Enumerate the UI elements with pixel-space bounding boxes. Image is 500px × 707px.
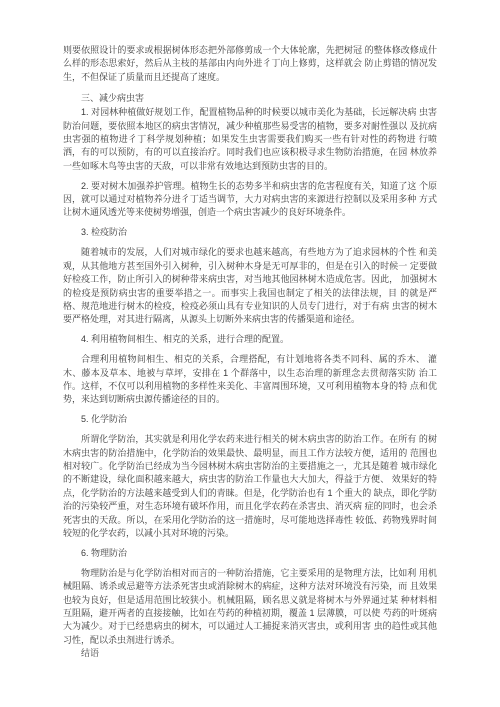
document-page: 则要依照设计的要求或根据树体形态把外部修剪成一个大体轮廓，先把树冠 的整体修改修… [0,0,500,707]
continued-paragraph: 则要依照设计的要求或根据树体形态把外部修剪成一个大体轮廓，先把树冠 的整体修改修… [63,44,437,84]
list-item-1-paragraph: 1. 对园林种植做好规划工作，配置植物品种的时候要以城市美化为基础，长远解决病 … [63,106,437,173]
physical-control-paragraph: 物理防治是与化学防治相对而言的一种防治措施，它主要采用的是物理方法，比如利 用机… [63,567,437,647]
subheading-quarantine: 3. 检疫防治 [63,226,437,239]
quarantine-paragraph: 随着城市的发展，人们对城市绿化的要求也越来越高，有些地方为了追求园林的个性 和美… [63,246,437,326]
chemical-control-paragraph: 所谓化学防治，其实就是利用化学农药来进行相关的树木病虫害的防治工作。在所有 的树… [63,433,437,540]
section-heading: 三、减少病虫害 [63,92,437,105]
list-item-2-paragraph: 2. 要对树木加强养护管理。植物生长的态势多半和病虫害的危害程度有关，知道了这 … [63,180,437,220]
subheading-chemical: 5. 化学防治 [63,413,437,426]
conclusion-heading: 结语 [63,647,437,660]
list-item-4-line: 4. 利用植物间相生、相克的关系，进行合理的配置。 [63,333,437,346]
subheading-physical: 6. 物理防治 [63,547,437,560]
companion-planting-paragraph: 合理利用植物间相生、相克的关系，合理搭配，有计划地将各类不同科、属的乔木、 灌木… [63,353,437,407]
